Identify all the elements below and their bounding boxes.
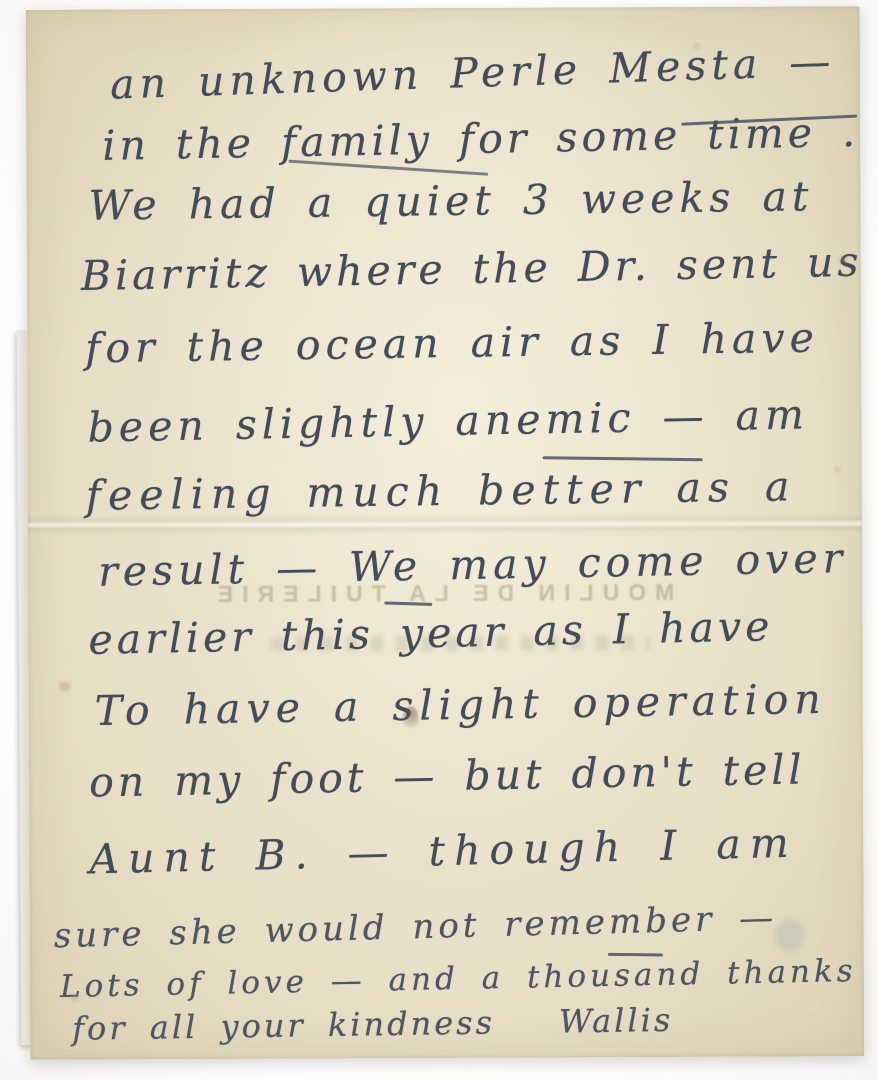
letter-line-10: To have a slight operation — [94, 676, 827, 735]
underline-stroke-anemic — [543, 456, 703, 461]
letter-line-8: result — We may come over — [98, 535, 848, 596]
letter-line-14: Lots of love — and a thousand thanks — [60, 954, 857, 1006]
foxing-spot — [70, 994, 80, 1002]
letter-line-7: feeling much better as a — [86, 463, 797, 519]
closing-text: for all your kindness — [72, 1004, 495, 1048]
letter-line-1: an unknown Perle Mesta — — [109, 38, 836, 109]
letter-line-15: for all your kindnessWallis — [72, 1002, 674, 1048]
letter-line-2: in the family for some time . — [102, 109, 860, 170]
foxing-spot — [694, 43, 700, 49]
letter-line-3: We had a quiet 3 weeks at — [88, 173, 813, 230]
letter-line-9: earlier this year as I have — [88, 603, 774, 664]
ink-smudge — [775, 918, 805, 952]
underline-stroke-not — [608, 953, 663, 957]
foxing-spot — [839, 256, 847, 263]
letter-line-4: Biarritz where the Dr. sent us — [80, 239, 862, 300]
photo-backdrop: MOULIN DE LA TUILERIE an unknown Perle M… — [0, 0, 878, 1080]
letter-line-6: been slightly anemic — am — [87, 391, 809, 451]
foxing-spot — [59, 682, 71, 692]
signature: Wallis — [559, 1001, 674, 1041]
letter-line-5: for the ocean air as I have — [85, 315, 819, 373]
letter-paper: MOULIN DE LA TUILERIE an unknown Perle M… — [26, 6, 865, 1060]
letter-line-13: sure she would not remember — — [53, 899, 777, 956]
foxing-spot — [834, 466, 841, 472]
letter-line-12: Aunt B. — though I am — [89, 820, 798, 884]
paper-dimple-shadow — [403, 706, 419, 732]
letter-line-11: on my foot — but don't tell — [89, 746, 806, 806]
